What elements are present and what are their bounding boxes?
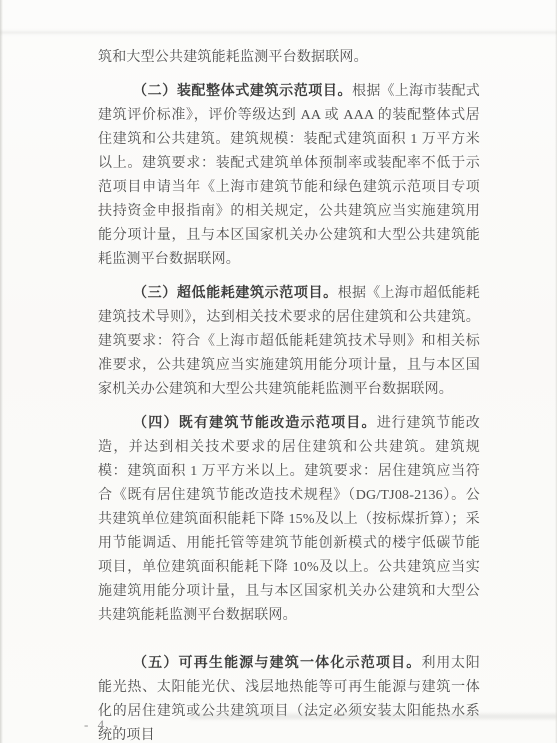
document-page: 筑和大型公共建筑能耗监测平台数据联网。 （二）装配整体式建筑示范项目。根据《上海… <box>0 0 557 743</box>
section-4-paragraph: （四）既有建筑节能改造示范项目。进行建筑节能改造，并达到相关技术要求的居住建筑和… <box>98 410 480 628</box>
section-3-heading: （三）超低能耗建筑示范项目。 <box>133 284 338 300</box>
section-3-paragraph: （三）超低能耗建筑示范项目。根据《上海市超低能耗建筑技术导则》，达到相关技术要求… <box>98 280 480 402</box>
paragraph-continuation: 筑和大型公共建筑能耗监测平台数据联网。 <box>98 46 480 70</box>
section-5-paragraph: （五）可再生能源与建筑一体化示范项目。利用太阳能光热、太阳能光伏、浅层地热能等可… <box>98 650 480 743</box>
page-number: - 4 - <box>84 717 121 733</box>
section-5-heading: （五）可再生能源与建筑一体化示范项目。 <box>133 654 421 670</box>
continuation-text: 筑和大型公共建筑能耗监测平台数据联网。 <box>98 50 368 65</box>
section-2-body: 根据《上海市装配式建筑评价标准》，评价等级达到 AA 或 AAA 的装配整体式居… <box>98 84 480 267</box>
section-4-heading: （四）既有建筑节能改造示范项目。 <box>133 414 377 430</box>
section-2-heading: （二）装配整体式建筑示范项目。 <box>133 82 352 98</box>
section-4-body: 进行建筑节能改造，并达到相关技术要求的居住建筑和公共建筑。建筑规模：建筑面积 1… <box>98 416 480 623</box>
section-2-paragraph: （二）装配整体式建筑示范项目。根据《上海市装配式建筑评价标准》，评价等级达到 A… <box>98 78 480 272</box>
section-3-body: 根据《上海市超低能耗建筑技术导则》，达到相关技术要求的居住建筑和公共建筑。建筑要… <box>98 286 480 397</box>
